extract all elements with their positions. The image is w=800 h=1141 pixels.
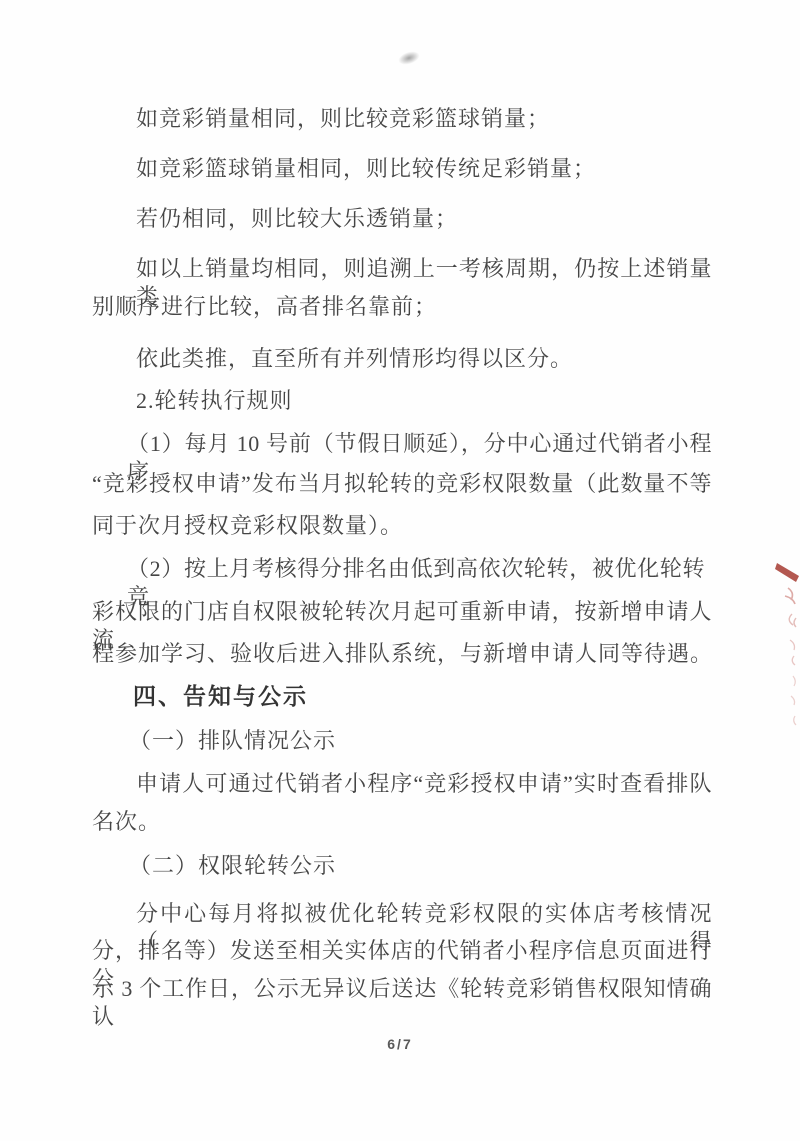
text-line: 2.轮转执行规则 (136, 387, 293, 415)
text-line: 示 3 个工作日，公示无异议后送达《轮转竞彩销售权限知情确认 (92, 975, 712, 1031)
scan-smudge (397, 49, 422, 67)
text-line: “竞彩授权申请”发布当月拟轮转的竞彩权限数量（此数量不等 (92, 470, 712, 498)
section-heading: 四、告知与公示 (133, 682, 308, 710)
red-stamp-mark-icon (768, 556, 800, 741)
text-line: 别顺序进行比较，高者排名靠前； (92, 293, 437, 321)
document-page: 如竞彩销量相同，则比较竞彩篮球销量； 如竞彩篮球销量相同，则比较传统足彩销量； … (0, 0, 800, 1141)
text-line: 依此类推，直至所有并列情形均得以区分。 (136, 345, 573, 373)
page-number: 6/7 (0, 1036, 800, 1052)
text-line: 程参加学习、验收后进入排队系统，与新增申请人同等待遇。 (92, 640, 713, 668)
red-stamp-partial (768, 556, 800, 741)
text-line: 同于次月授权竞彩权限数量）。 (92, 512, 403, 540)
subsection-heading: （二）权限轮转公示 (129, 852, 336, 880)
text-line: 如竞彩篮球销量相同，则比较传统足彩销量； (136, 155, 596, 183)
subsection-heading: （一）排队情况公示 (129, 727, 336, 755)
text-line: 申请人可通过代销者小程序“竞彩授权申请”实时查看排队 (136, 770, 712, 798)
text-line: 若仍相同，则比较大乐透销量； (136, 205, 458, 233)
text-line: 如竞彩销量相同，则比较竞彩篮球销量； (136, 105, 550, 133)
text-line: 名次。 (92, 808, 161, 836)
